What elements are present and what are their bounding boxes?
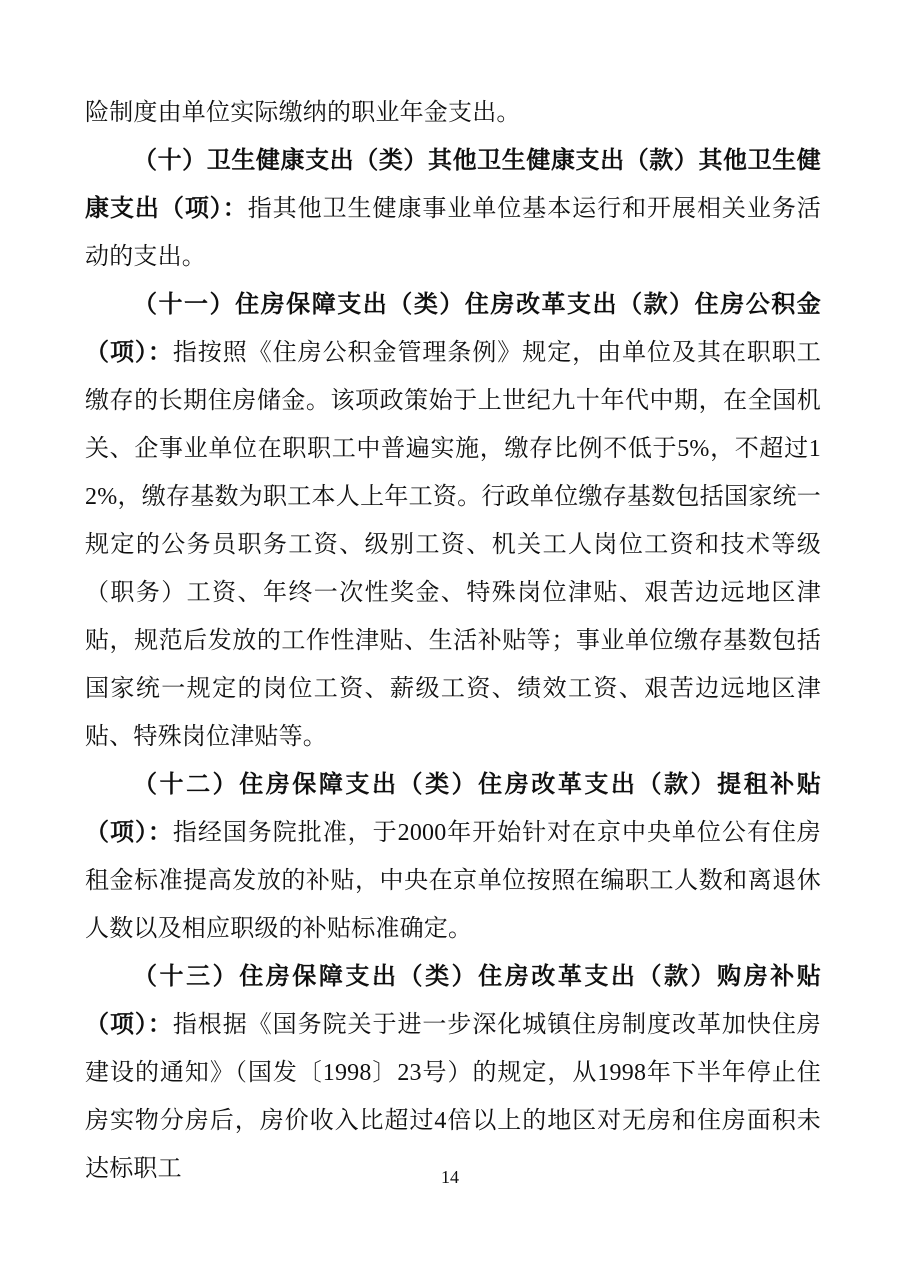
paragraph-body: 指经国务院批准，于2000年开始针对在京中央单位公有住房租金标准提高发放的补贴，… xyxy=(85,820,821,942)
paragraph-body: 指根据《国务院关于进一步深化城镇住房制度改革加快住房建设的通知》（国发〔1998… xyxy=(85,1012,821,1182)
paragraph-item-11: （十一）住房保障支出（类）住房改革支出（款）住房公积金（项）：指按照《住房公积金… xyxy=(85,281,821,761)
paragraph-continuation: 险制度由单位实际缴纳的职业年金支出。 xyxy=(85,89,821,137)
paragraph-body: 指按照《住房公积金管理条例》规定，由单位及其在职职工缴存的长期住房储金。该项政策… xyxy=(85,340,821,750)
paragraph-body: 险制度由单位实际缴纳的职业年金支出。 xyxy=(85,100,521,126)
document-page: 险制度由单位实际缴纳的职业年金支出。 （十）卫生健康支出（类）其他卫生健康支出（… xyxy=(0,0,900,1273)
paragraph-item-13: （十三）住房保障支出（类）住房改革支出（款）购房补贴（项）：指根据《国务院关于进… xyxy=(85,953,821,1193)
page-number: 14 xyxy=(0,1165,900,1189)
paragraph-item-12: （十二）住房保障支出（类）住房改革支出（款）提租补贴（项）：指经国务院批准，于2… xyxy=(85,761,821,953)
document-body: 险制度由单位实际缴纳的职业年金支出。 （十）卫生健康支出（类）其他卫生健康支出（… xyxy=(85,89,821,1193)
paragraph-item-10: （十）卫生健康支出（类）其他卫生健康支出（款）其他卫生健康支出（项）：指其他卫生… xyxy=(85,137,821,281)
